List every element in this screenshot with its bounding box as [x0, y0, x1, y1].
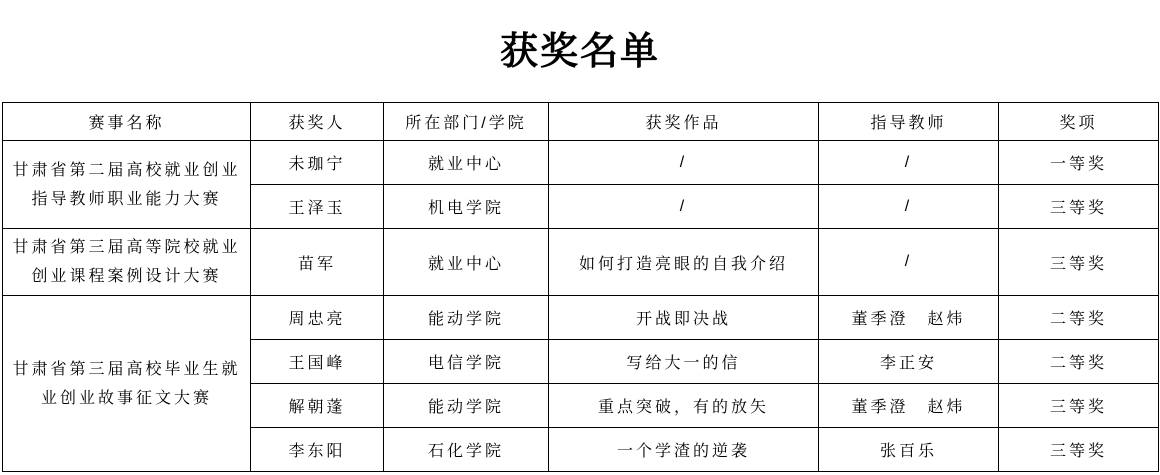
col-header-award: 奖项: [999, 103, 1159, 141]
table-row: 甘肃省第三届高校毕业生就业创业故事征文大赛 周忠亮 能动学院 开战即决战 董季澄…: [3, 296, 1159, 340]
col-header-competition: 赛事名称: [3, 103, 251, 141]
cell-advisor: 董季澄 赵炜: [819, 296, 999, 340]
cell-award: 三等奖: [999, 384, 1159, 428]
cell-advisor: 李正安: [819, 340, 999, 384]
cell-award: 三等奖: [999, 428, 1159, 472]
cell-award: 二等奖: [999, 296, 1159, 340]
table-row: 甘肃省第三届高等院校就业创业课程案例设计大赛 苗军 就业中心 如何打造亮眼的自我…: [3, 229, 1159, 296]
cell-winner: 苗军: [251, 229, 384, 296]
cell-award: 一等奖: [999, 141, 1159, 185]
col-header-department: 所在部门/学院: [384, 103, 549, 141]
cell-advisor: /: [819, 141, 999, 185]
col-header-work: 获奖作品: [549, 103, 819, 141]
cell-department: 机电学院: [384, 185, 549, 229]
cell-department: 能动学院: [384, 296, 549, 340]
cell-work: 重点突破，有的放矢: [549, 384, 819, 428]
cell-winner: 解朝蓬: [251, 384, 384, 428]
col-header-winner: 获奖人: [251, 103, 384, 141]
cell-award: 三等奖: [999, 229, 1159, 296]
cell-department: 石化学院: [384, 428, 549, 472]
cell-winner: 王泽玉: [251, 185, 384, 229]
cell-department: 就业中心: [384, 229, 549, 296]
cell-advisor: /: [819, 229, 999, 296]
cell-competition-1: 甘肃省第二届高校就业创业指导教师职业能力大赛: [3, 141, 251, 229]
cell-award: 二等奖: [999, 340, 1159, 384]
cell-winner: 王国峰: [251, 340, 384, 384]
cell-advisor: 张百乐: [819, 428, 999, 472]
cell-department: 电信学院: [384, 340, 549, 384]
cell-department: 能动学院: [384, 384, 549, 428]
cell-winner: 周忠亮: [251, 296, 384, 340]
cell-work: /: [549, 185, 819, 229]
header-row: 赛事名称 获奖人 所在部门/学院 获奖作品 指导教师 奖项: [3, 103, 1159, 141]
cell-advisor: 董季澄 赵炜: [819, 384, 999, 428]
cell-work: 开战即决战: [549, 296, 819, 340]
awards-table: 赛事名称 获奖人 所在部门/学院 获奖作品 指导教师 奖项 甘肃省第二届高校就业…: [2, 102, 1159, 472]
cell-competition-3: 甘肃省第三届高校毕业生就业创业故事征文大赛: [3, 296, 251, 472]
cell-competition-2: 甘肃省第三届高等院校就业创业课程案例设计大赛: [3, 229, 251, 296]
cell-advisor: /: [819, 185, 999, 229]
cell-winner: 李东阳: [251, 428, 384, 472]
page-title: 获奖名单: [0, 28, 1160, 76]
cell-winner: 未珈宁: [251, 141, 384, 185]
cell-work: 如何打造亮眼的自我介绍: [549, 229, 819, 296]
col-header-advisor: 指导教师: [819, 103, 999, 141]
cell-work: 写给大一的信: [549, 340, 819, 384]
cell-department: 就业中心: [384, 141, 549, 185]
cell-award: 三等奖: [999, 185, 1159, 229]
cell-work: 一个学渣的逆袭: [549, 428, 819, 472]
cell-work: /: [549, 141, 819, 185]
table-row: 甘肃省第二届高校就业创业指导教师职业能力大赛 未珈宁 就业中心 / / 一等奖: [3, 141, 1159, 185]
